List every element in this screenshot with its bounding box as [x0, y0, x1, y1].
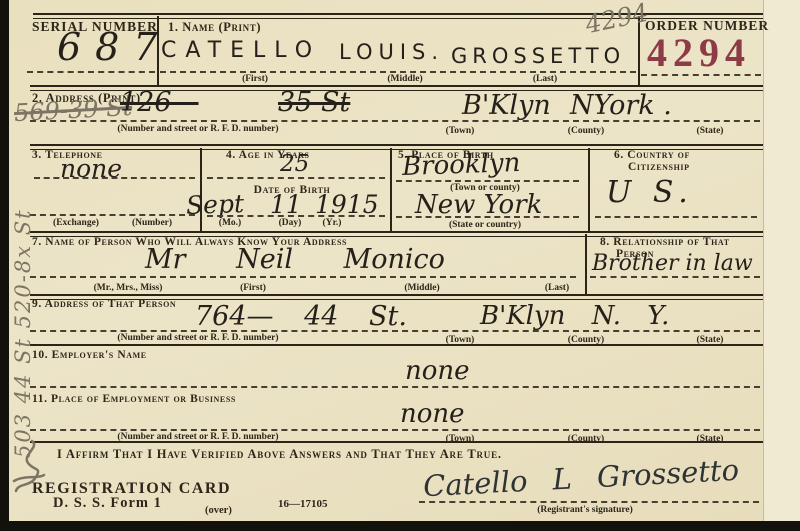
contact-first-sublabel: (First)	[240, 283, 266, 293]
divider-birth-citizenship	[588, 148, 590, 232]
scan-background-margin	[763, 0, 800, 521]
address-old-street-crossed: 35 St	[278, 89, 350, 116]
signature-sublabel: (Registrant's signature)	[537, 505, 633, 515]
form-number: D. S. S. Form 1	[53, 495, 162, 512]
citizenship-label-line2: Citizenship	[628, 161, 690, 173]
order-pencil-annotation: 4294	[583, 0, 650, 37]
name-entry-line	[160, 71, 636, 73]
relationship-label-line1: 8. Relationship of That	[600, 236, 730, 248]
address-town-value: B'Klyn	[462, 92, 551, 119]
telephone-entry-line	[34, 177, 195, 179]
divider-contact-relationship	[585, 234, 587, 295]
dob-entry-line	[207, 215, 385, 217]
address-state-sublabel: (State)	[697, 126, 724, 136]
name-first-sublabel: (First)	[242, 74, 268, 84]
birth-state-entry-line	[396, 216, 579, 218]
registration-card: SERIAL NUMBER 687 1. Name (Print) CATELL…	[9, 0, 763, 521]
citizenship-value: U S.	[606, 178, 694, 208]
contact-middle-sublabel: (Middle)	[404, 283, 439, 293]
employment-value: none	[400, 401, 465, 427]
birth-state-value: New York	[415, 192, 542, 218]
contact-name-value: Mr Neil Monico	[145, 246, 445, 273]
contact-address-entry-line	[30, 330, 760, 332]
relationship-value: Brother in law	[592, 253, 753, 275]
order-entry-line	[641, 74, 761, 76]
employment-label: 11. Place of Employment or Business	[32, 393, 236, 405]
dob-year-sublabel: (Yr.)	[323, 218, 342, 228]
employer-entry-line	[30, 386, 760, 388]
serial-entry-line	[27, 71, 155, 73]
dob-day-sublabel: (Day)	[279, 218, 302, 228]
birth-state-sublabel: (State or country)	[449, 220, 521, 230]
rule-row5-bottom	[30, 344, 763, 346]
scanned-registration-card: SERIAL NUMBER 687 1. Name (Print) CATELL…	[0, 0, 800, 531]
employment-town-sublabel: (Town)	[446, 434, 475, 444]
contact-address-town-sublabel: (Town)	[446, 335, 475, 345]
contact-entry-line	[30, 276, 576, 278]
employment-state-sublabel: (State)	[697, 434, 724, 444]
address-county-sublabel: (County)	[568, 126, 604, 136]
address-old-number-crossed: 126—	[120, 89, 199, 116]
margin-pencil-squiggle	[12, 437, 46, 497]
contact-address-street-value: 764— 44 St.	[195, 303, 407, 330]
birth-town-entry-line	[396, 180, 579, 182]
telephone-number-sublabel: (Number)	[132, 218, 172, 228]
name-middle-sublabel: (Middle)	[387, 74, 422, 84]
employer-value: none	[405, 358, 470, 384]
name-middle-value: LOUIS.	[339, 42, 444, 63]
margin-note: 503 44 St 520-8x St	[13, 98, 34, 458]
dob-day-value: 11	[270, 192, 302, 217]
dob-month-value: Sept	[186, 191, 245, 218]
name-first-value: CATELLO	[161, 40, 321, 62]
dob-month-sublabel: (Mo.)	[219, 218, 241, 228]
age-value: 25	[280, 153, 309, 176]
divider-age-birth	[390, 148, 392, 232]
address-entry-line	[30, 120, 760, 122]
print-code: 16—17105	[278, 498, 328, 510]
employment-street-sublabel: (Number and street or R. F. D. number)	[117, 432, 278, 442]
name-last-sublabel: (Last)	[533, 74, 557, 84]
telephone-entry-line-2	[30, 214, 195, 216]
name-label: 1. Name (Print)	[168, 20, 261, 35]
contact-last-sublabel: (Last)	[545, 283, 569, 293]
serial-number-value: 687	[57, 28, 172, 66]
employment-county-sublabel: (County)	[568, 434, 604, 444]
relationship-entry-line	[590, 276, 760, 278]
name-last-value: GROSSETTO	[451, 46, 625, 67]
age-entry-line	[207, 177, 385, 179]
address-town-sublabel: (Town)	[446, 126, 475, 136]
registrant-signature: Catello L Grossetto	[422, 456, 739, 502]
dob-year-value: 1915	[315, 192, 379, 217]
over-note: (over)	[205, 505, 232, 516]
contact-address-street-sublabel: (Number and street or R. F. D. number)	[117, 333, 278, 343]
affirmation-statement: I Affirm That I Have Verified Above Answ…	[57, 447, 502, 462]
signature-entry-line	[419, 501, 759, 503]
citizenship-entry-line	[595, 216, 757, 218]
contact-address-state-sublabel: (State)	[697, 335, 724, 345]
address-state-value: NYork .	[570, 92, 672, 119]
telephone-exchange-sublabel: (Exchange)	[53, 218, 99, 228]
address-street-sublabel: (Number and street or R. F. D. number)	[117, 124, 278, 134]
contact-mr-sublabel: (Mr., Mrs., Miss)	[94, 283, 163, 293]
employment-entry-line	[30, 429, 760, 431]
contact-address-label: 9. Address of That Person	[32, 298, 176, 310]
contact-address-county-sublabel: (County)	[568, 335, 604, 345]
order-number-stamp: 4294	[647, 33, 751, 73]
contact-address-town-value: B'Klyn N. Y.	[480, 303, 669, 329]
employer-label: 10. Employer's Name	[32, 349, 147, 361]
citizenship-label-line1: 6. Country of	[614, 149, 690, 161]
birth-town-value: Brooklyn	[402, 150, 521, 180]
